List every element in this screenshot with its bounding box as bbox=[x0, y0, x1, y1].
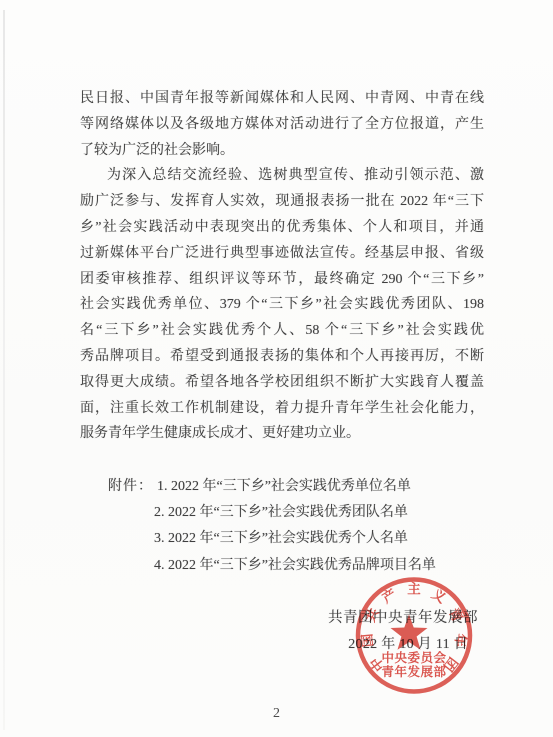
body-line: 团委审核推荐、组织评议等环节，最终确定 290 个“三下乡” bbox=[80, 267, 484, 293]
attachment-item: 2. 2022 年“三下乡”社会实践优秀团队名单 bbox=[154, 500, 508, 526]
attachment-item: 3. 2022 年“三下乡”社会实践优秀个人名单 bbox=[154, 526, 508, 552]
document-page: 民日报、中国青年报等新闻媒体和人民网、中青网、中青在线等网络媒体以及各级地方媒体… bbox=[0, 0, 553, 737]
body-line: 乡”社会实践活动中表现突出的优秀集体、个人和项目，并通 bbox=[80, 215, 484, 241]
body-line: 过新媒体平台广泛进行典型事迹做法宣传。经基层申报、省级 bbox=[80, 241, 484, 267]
body-line: 等网络媒体以及各级地方媒体对活动进行了全方位报道，产生 bbox=[80, 112, 484, 138]
signature-org: 共青团中央青年发展部 bbox=[328, 609, 478, 627]
attachment-item: 4. 2022 年“三下乡”社会实践优秀品牌项目名单 bbox=[154, 553, 508, 579]
body-line: 秀品牌项目。希望受到通报表扬的集体和个人再接再厉，不断 bbox=[80, 344, 484, 370]
seal-ring-char: 中 bbox=[367, 654, 388, 674]
body-line: 社会实践优秀单位、379 个“三下乡”社会实践优秀团队、198 bbox=[80, 292, 484, 318]
body-line: 服务青年学生健康成长成才、更好建功立业。 bbox=[80, 421, 484, 447]
seal-ring-char: 主 bbox=[407, 581, 421, 597]
attachment-item-text: 4. 2022 年“三下乡”社会实践优秀品牌项目名单 bbox=[154, 558, 436, 573]
attachment-item-text: 2. 2022 年“三下乡”社会实践优秀团队名单 bbox=[154, 505, 408, 520]
body-line: 取得更大成绩。希望各地各学校团组织不断扩大实践育人覆盖 bbox=[80, 370, 484, 396]
body-line: 为深入总结交流经验、选树典型宣传、推动引领示范、激 bbox=[80, 163, 484, 189]
body-line: 了较为广泛的社会影响。 bbox=[80, 138, 484, 164]
attachment-label: 附件： bbox=[108, 479, 157, 494]
attachment-list: 附件：1. 2022 年“三下乡”社会实践优秀单位名单2. 2022 年“三下乡… bbox=[108, 474, 508, 579]
body-line: 面，注重长效工作机制建设，着力提升青年学生社会化能力， bbox=[80, 396, 484, 422]
attachment-item-text: 3. 2022 年“三下乡”社会实践优秀个人名单 bbox=[154, 531, 408, 546]
signature-date: 2022 年 10 月 11 日 bbox=[348, 636, 468, 654]
body-line: 民日报、中国青年报等新闻媒体和人民网、中青网、中青在线 bbox=[80, 86, 484, 112]
body-text: 民日报、中国青年报等新闻媒体和人民网、中青网、中青在线等网络媒体以及各级地方媒体… bbox=[80, 86, 484, 447]
attachment-item-text: 1. 2022 年“三下乡”社会实践优秀单位名单 bbox=[157, 479, 411, 494]
seal-ring-char: 团 bbox=[440, 654, 461, 675]
seal-ring-char: 义 bbox=[429, 586, 449, 606]
seal-ring-text: 中国共产主义青年团 bbox=[359, 581, 470, 676]
body-line: 名“三下乡”社会实践优秀个人、58 个“三下乡”社会实践优 bbox=[80, 318, 484, 344]
page-number: 2 bbox=[0, 706, 553, 722]
seal-department-line: 青年发展部 bbox=[381, 664, 446, 679]
scan-edge-artifact bbox=[3, 10, 5, 730]
seal-ring-char: 产 bbox=[379, 585, 399, 606]
body-line: 励广泛参与、发挥育人实效，现通报表扬一批在 2022 年“三下 bbox=[80, 189, 484, 215]
attachment-item: 附件：1. 2022 年“三下乡”社会实践优秀单位名单 bbox=[108, 474, 508, 500]
